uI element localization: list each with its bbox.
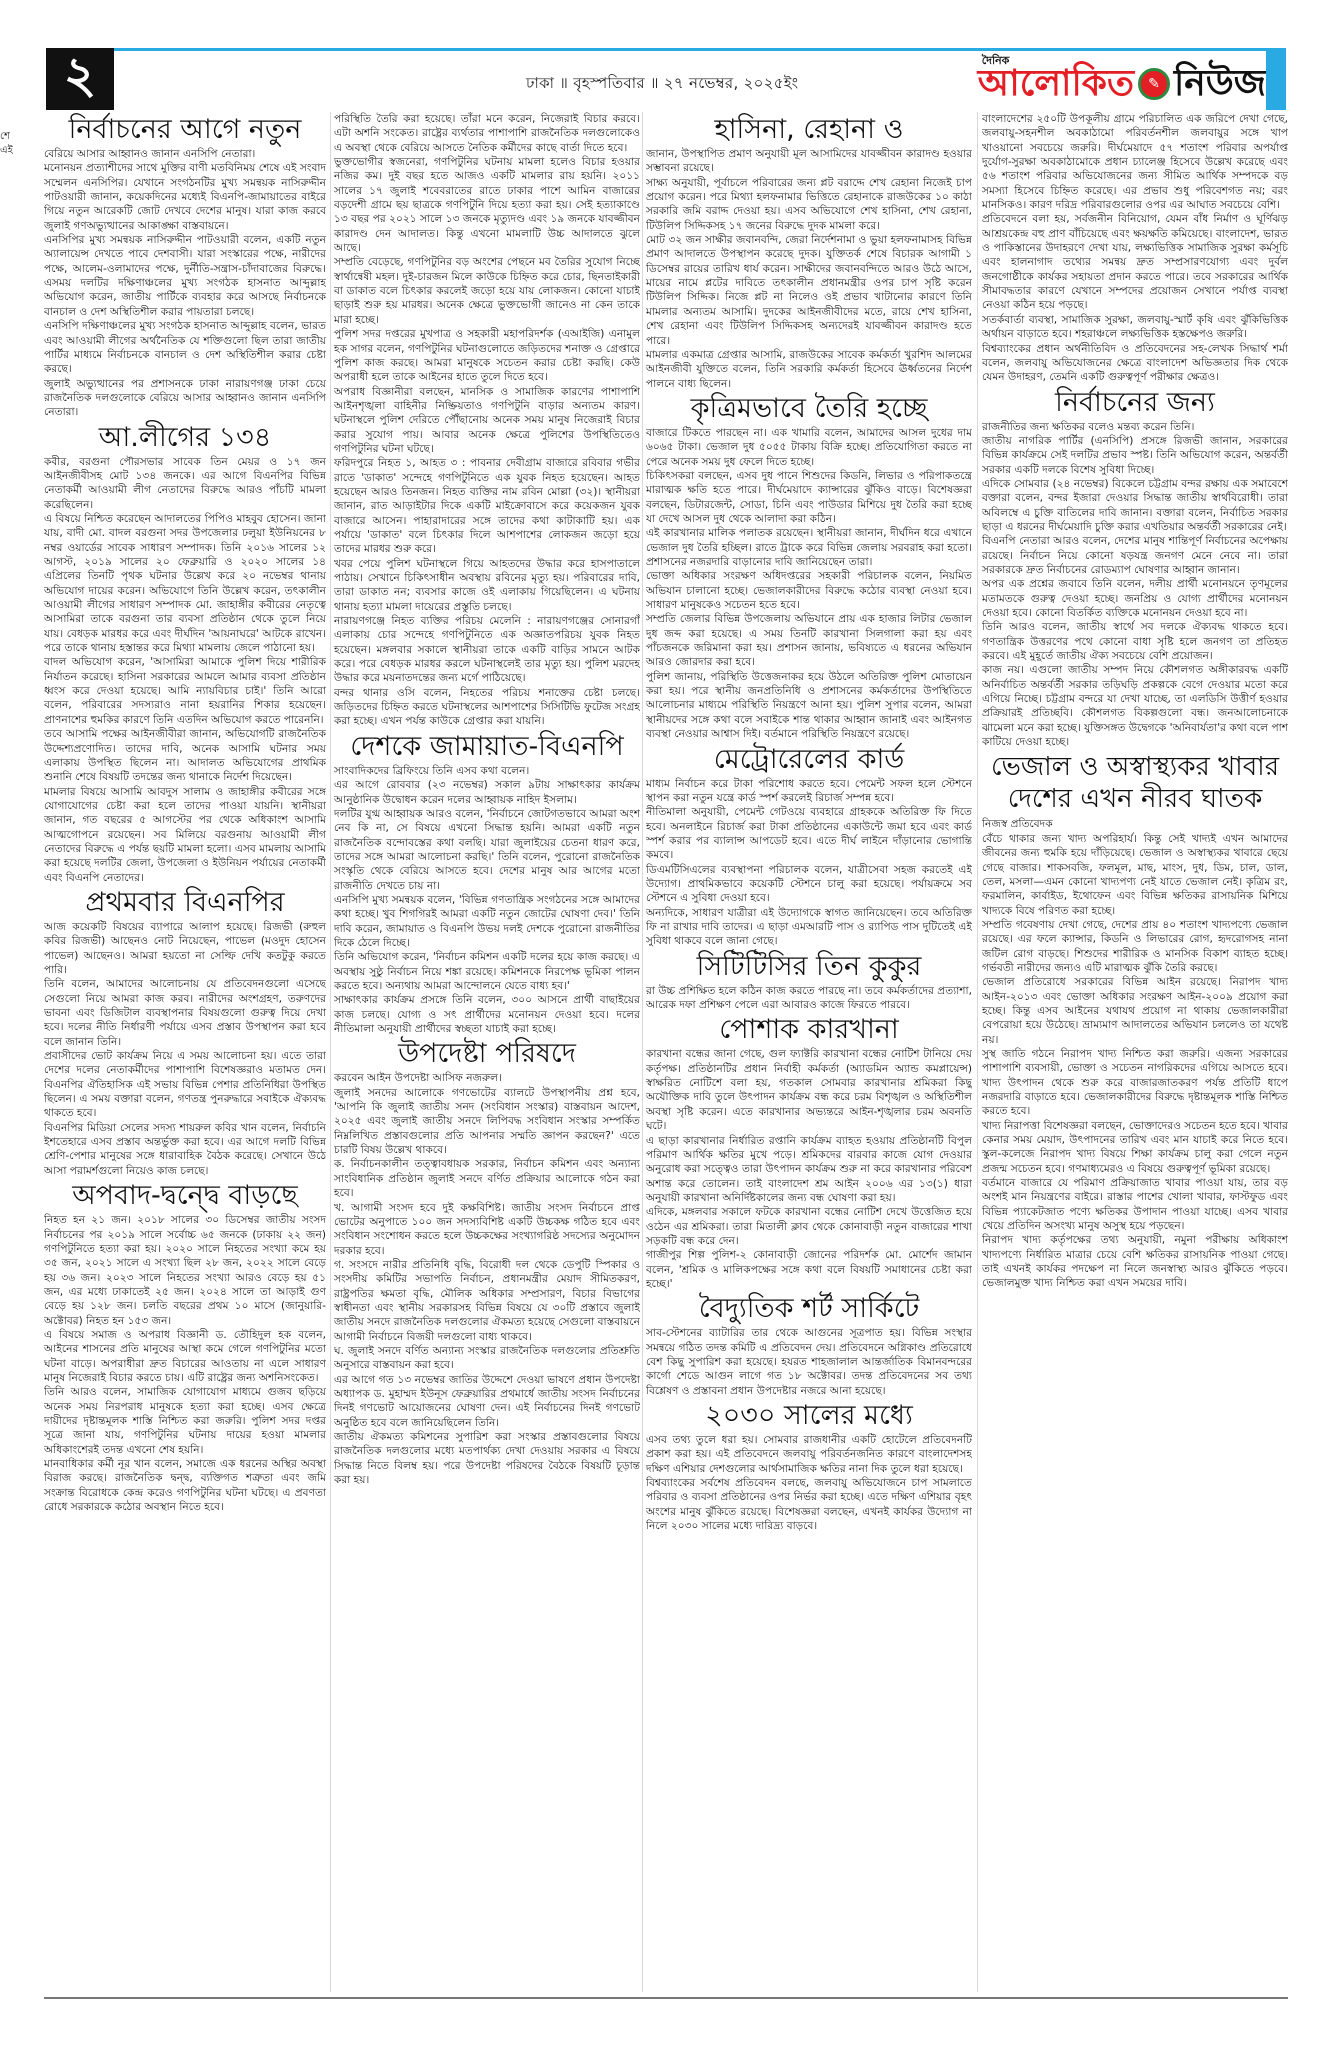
article-paragraph: নিরাপদ খাদ্য কর্তৃপক্ষের তথ্য অনুযায়ী, … bbox=[982, 1233, 1288, 1290]
article-paragraph: সাক্ষাৎকার কার্যক্রম প্রসঙ্গে তিনি বলেন,… bbox=[334, 993, 640, 1036]
article-paragraph: বেঁচে থাকার জন্য খাদ্য অপরিহার্য। কিন্তু… bbox=[982, 832, 1288, 918]
article-paragraph: মানবাধিকার কর্মী নূর খান বলেন, সমাজে এক … bbox=[44, 1457, 326, 1514]
article-paragraph: সম্প্রতি গবেষণায় দেখা গেছে, দেশের প্রায… bbox=[982, 918, 1288, 975]
article-paragraph: গ. সংসদে নারীর প্রতিনিধি বৃদ্ধি, বিরোধী … bbox=[334, 1258, 640, 1344]
article-paragraph: ডিএমটিসিএলের ব্যবস্থাপনা পরিচালক বলেন, য… bbox=[646, 863, 972, 906]
article-paragraph: এ বিষয়ে সমাজ ও অপরাধ বিজ্ঞানী ড. তৌহিদু… bbox=[44, 1328, 326, 1385]
article-paragraph: বাজারে টিকতে পারছেন না। এক খামারি বলেন, … bbox=[646, 426, 972, 469]
logo-emblem-icon: ✎ bbox=[1138, 68, 1170, 100]
column-divider bbox=[977, 112, 978, 1992]
article-paragraph: খ. আগামী সংসদ হবে দুই কক্ষবিশিষ্ট। জাতীয… bbox=[334, 1201, 640, 1258]
article-paragraph: বিএনপির মিডিয়া সেলের সদস্য শায়রুল কবির… bbox=[44, 1121, 326, 1178]
article-paragraph: মাধ্যম নির্বাচন করে টাকা পরিশোধ করতে হবে… bbox=[646, 777, 972, 806]
article-paragraph: গাজীপুর শিল্প পুলিশ-২ কোনাবাড়ী জোনের পর… bbox=[646, 1248, 972, 1291]
edge-text: এই bbox=[0, 144, 24, 158]
logo-prefix: দৈনিক bbox=[982, 52, 1010, 71]
article-paragraph: মামলার বিষয়ে আসামি আবদুস সালাম ও জাহাঙ্… bbox=[44, 785, 326, 885]
article-paragraph: ভোক্তা অধিকার সংরক্ষণ অধিদপ্তরের সহকারী … bbox=[646, 569, 972, 612]
article-byline: নিজস্ব প্রতিবেদক bbox=[982, 817, 1288, 831]
article-paragraph: এই কারখানার মালিক পলাতক রয়েছেন। স্থানীয… bbox=[646, 526, 972, 569]
article-paragraph: মামলার একমাত্র গ্রেপ্তার আসামি, রাজউকের … bbox=[646, 348, 972, 391]
dateline: ঢাকা ॥ বৃহস্পতিবার ॥ ২৭ নভেম্বর, ২০২৫ইং bbox=[526, 72, 798, 97]
article-headline: উপদেষ্টা পরিষদে bbox=[334, 1038, 640, 1069]
article-paragraph: আজ কয়েকটি বিষয়ের ব্যাপারে আলাপ হয়েছে।… bbox=[44, 920, 326, 977]
article-paragraph: রা উচ্চ প্রশিক্ষিত হলে কঠিন কাজ করতে পার… bbox=[646, 984, 972, 1013]
article-paragraph: সতর্কবার্তা ব্যবস্থা, সামাজিক সুরক্ষা, জ… bbox=[982, 313, 1288, 342]
article-headline: আ.লীগের ১৩৪ bbox=[44, 422, 326, 453]
article-paragraph: নীতিমালা অনুযায়ী, পেমেন্ট গেটওয়ে ব্যবহ… bbox=[646, 805, 972, 862]
article-paragraph: বিশ্বব্যাংকের সর্বশেষ প্রতিবেদন বলছে, জল… bbox=[646, 1476, 972, 1533]
article-headline: পোশাক কারখানা bbox=[646, 1014, 972, 1045]
article-paragraph: তিনি অভিযোগ করেন, 'নির্বাচন কমিশন একটি দ… bbox=[334, 950, 640, 993]
article-paragraph: কাজ নয়। এগুলো জাতীয় সম্পদ নিয়ে কৌশলগত… bbox=[982, 663, 1288, 749]
article-paragraph: বাদল অভিযোগ করেন, 'আসামিরা আমাকে পুলিশ দ… bbox=[44, 655, 326, 727]
article-paragraph: তবে আসামি পক্ষের আইনজীবীরা জানান, অভিযোগ… bbox=[44, 727, 326, 784]
column-1: নির্বাচনের আগে নতুনবেরিয়ে আসার আহ্বানও … bbox=[44, 112, 326, 1992]
page-number: ২ bbox=[46, 48, 114, 110]
article-paragraph: কবীর, বরগুনা পৌরসভার সাবেক তিন মেয়র ও ১… bbox=[44, 455, 326, 512]
article-headline: বৈদ্যুতিক শর্ট সার্কিটে bbox=[646, 1293, 972, 1324]
article-paragraph: তিনি আরও বলেন, জাতীয় স্বার্থে সব দলকে ঐ… bbox=[982, 620, 1288, 663]
article-paragraph: তিনি আরও বলেন, সামাজিক যোগাযোগ মাধ্যমে গ… bbox=[44, 1385, 326, 1457]
article-paragraph: মনোনয়ন প্রত্যাশীদের সাথে মুক্তির বাণী ম… bbox=[44, 161, 326, 233]
article-paragraph: এদিকে, মঙ্গলবার সকালে ফটকে কারখানা বন্ধে… bbox=[646, 1205, 972, 1248]
article-paragraph: বন্দর থানার ওসি বলেন, নিহতের পরিচয় শনাক… bbox=[334, 686, 640, 729]
article-paragraph: অপরাধ বিজ্ঞানীরা বলছেন, মানসিক ও সামাজিক… bbox=[334, 385, 640, 457]
article-paragraph: বিশ্বব্যাংকের প্রধান অর্থনীতিবিদ ও প্রতি… bbox=[982, 342, 1288, 385]
article-paragraph: বিএনপি নেতারা আরও বলেন, দেশের মানুষ শান্… bbox=[982, 534, 1288, 577]
newspaper-page: ২ ঢাকা ॥ বৃহস্পতিবার ॥ ২৭ নভেম্বর, ২০২৫ই… bbox=[0, 0, 1333, 2047]
article-paragraph: জাতীয় ঐকমত্য কমিশনের সুপারিশ করা সংস্কা… bbox=[334, 1430, 640, 1487]
article-paragraph: তিনি বলেন, আমাদের আলোচনায় যে প্রতিবেদনগ… bbox=[44, 977, 326, 1049]
article-paragraph: এ বিষয়ে নিশ্চিত করেছেন আদালতের পিপিও মা… bbox=[44, 512, 326, 655]
article-paragraph: পুলিশ সদর দপ্তরের মুখপাত্র ও সহকারী মহাপ… bbox=[334, 327, 640, 384]
article-paragraph: বাংলাদেশের ২৫০টি উপকূলীয় গ্রামে পরিচালি… bbox=[982, 112, 1288, 212]
article-paragraph: ভেজাল প্রতিরোধে সরকারের বিভিন্ন আইন রয়ে… bbox=[982, 975, 1288, 1047]
article-headline: হাসিনা, রেহানা ও bbox=[646, 114, 972, 145]
adjacent-page-edge: শে এই bbox=[0, 130, 24, 158]
logo-black-text: নিউজ bbox=[1174, 60, 1266, 108]
article-paragraph: এনসিপি দক্ষিণাঞ্চলের মুখ্য সংগঠক হাসনাত … bbox=[44, 319, 326, 376]
article-paragraph: প্রবাসীদের ভোট কার্যক্রম নিয়ে এ সময় আল… bbox=[44, 1049, 326, 1121]
article-paragraph: কারখানা বন্ধের জানা গেছে, গুল ফ্যাক্টরি … bbox=[646, 1047, 972, 1133]
article-paragraph: নারায়ণগঞ্জে নিহত ব্যক্তির পরিচয় মেলেনি… bbox=[334, 614, 640, 686]
article-paragraph: এ ছাড়া কারখানার নির্ধারিত রপ্তানি কার্য… bbox=[646, 1134, 972, 1206]
column-2: পরিস্থিতি তৈরি করা হয়েছে। তাঁরা মনে করে… bbox=[334, 112, 640, 1992]
article-paragraph: অন্যদিকে, সাধারণ যাত্রীরা এই উদ্যোগকে স্… bbox=[646, 906, 972, 949]
article-headline: কৃত্রিমভাবে তৈরি হচ্ছে bbox=[646, 393, 972, 424]
article-paragraph: এসব তথ্য তুলে ধরা হয়। সোমবার রাজধানীর এ… bbox=[646, 1433, 972, 1476]
article-paragraph: বর্তমানে বাজারে যে পরিমাণ প্রক্রিয়াজাত … bbox=[982, 1176, 1288, 1233]
masthead-top-rule bbox=[88, 48, 1286, 51]
column-divider bbox=[330, 112, 331, 1992]
article-paragraph: এর আগে রোববার (২৩ নভেম্বর) সকাল ৯টায় সা… bbox=[334, 778, 640, 807]
article-paragraph: পুলিশ জানায়, পরিস্থিতি উত্তেজনাকর হয়ে … bbox=[646, 670, 972, 742]
column-divider bbox=[642, 112, 643, 1992]
article-headline: দেশকে জামায়াত-বিএনপি bbox=[334, 731, 640, 762]
article-paragraph: জানান, উপস্থাপিত প্রমাণ অনুযায়ী মূল আসা… bbox=[646, 147, 972, 176]
article-paragraph: এদিকে সোমবার (২৪ নভেম্বর) বিকেলে চট্টগ্র… bbox=[982, 477, 1288, 534]
article-paragraph: সম্প্রতি জেলার বিভিন্ন উপজেলায় অভিযানে … bbox=[646, 612, 972, 669]
article-paragraph: প্রতিবেদনে বলা হয়, সর্বজনীন বিনিয়োগ, য… bbox=[982, 212, 1288, 312]
column-3: হাসিনা, রেহানা ওজানান, উপস্থাপিত প্রমাণ … bbox=[646, 112, 972, 1992]
article-paragraph: সাক্ষ্য অনুযায়ী, পূর্বাচলে পরিবারের জন্… bbox=[646, 176, 972, 233]
article-paragraph: এনসিপির মুখ্য সমন্বয়ক নাসিরুদ্দীন পাটওয… bbox=[44, 233, 326, 319]
article-headline: সিটিটিসির তিন কুকুর bbox=[646, 951, 972, 982]
article-headline: নির্বাচনের জন্য bbox=[982, 387, 1288, 418]
article-paragraph: মোট ৩২ জন সাক্ষীর জবানবন্দি, জেরা নির্দে… bbox=[646, 233, 972, 348]
article-paragraph: জুলাই সনদের আলোকে গণভোটের ব্যালটে উপস্থা… bbox=[334, 1086, 640, 1158]
article-paragraph: ক. নির্বাচনকালীন তত্ত্বাবধায়ক সরকার, নি… bbox=[334, 1157, 640, 1200]
article-paragraph: পরিস্থিতি তৈরি করা হয়েছে। তাঁরা মনে করে… bbox=[334, 112, 640, 155]
article-paragraph: চিকিৎসকরা বলছেন, এসব দুধ পানে শিশুদের কি… bbox=[646, 469, 972, 526]
bottom-rule bbox=[44, 1997, 1288, 1999]
article-paragraph: দলটির যুগ্ম আহ্বায়ক আরও বলেন, 'নির্বাচন… bbox=[334, 807, 640, 893]
article-paragraph: জাতীয় নাগরিক পার্টির (এনসিপি) প্রসঙ্গে … bbox=[982, 434, 1288, 477]
article-headline: ভেজাল ও অস্বাস্থ্যকর খাবার দেশের এখন নীর… bbox=[982, 751, 1288, 815]
article-paragraph: নিহত হন ২১ জন। ২০১৮ সালের ৩০ ডিসেম্বর জা… bbox=[44, 1213, 326, 1328]
article-paragraph: অপর এক প্রশ্নের জবাবে তিনি বলেন, দলীয় প… bbox=[982, 577, 1288, 620]
article-headline: ২০৩০ সালের মধ্যে bbox=[646, 1400, 972, 1431]
article-headline: অপবাদ-দ্বন্দ্বে বাড়ছে bbox=[44, 1180, 326, 1211]
newspaper-logo: দৈনিক আলোকিত ✎ নিউজ bbox=[978, 52, 1266, 108]
article-paragraph: খবর পেয়ে পুলিশ ঘটনাস্থলে গিয়ে আহতদের উ… bbox=[334, 557, 640, 614]
article-paragraph: সম্প্রতি বেড়েছে, গণপিটুনির বড় অংশের পে… bbox=[334, 255, 640, 327]
article-paragraph: বেরিয়ে আসার আহ্বানও জানান এনসিপি নেতারা… bbox=[44, 147, 326, 161]
article-paragraph: করবেন আইন উপদেষ্টা আসিফ নজরুল। bbox=[334, 1071, 640, 1085]
article-paragraph: ভুক্তভোগীর স্বজনেরা, গণপিটুনির ঘটনায় মা… bbox=[334, 155, 640, 255]
article-paragraph: এর আগে গত ১৩ নভেম্বর জাতির উদ্দেশে দেওয়… bbox=[334, 1373, 640, 1430]
article-paragraph: এনসিপি মুখ্য সমন্বয়ক বলেন, 'বিভিন্ন গণত… bbox=[334, 893, 640, 950]
article-paragraph: সুস্থ জাতি গঠনে নিরাপদ খাদ্য নিশ্চিত করা… bbox=[982, 1047, 1288, 1119]
masthead-right-bar bbox=[1266, 48, 1286, 110]
masthead: ২ ঢাকা ॥ বৃহস্পতিবার ॥ ২৭ নভেম্বর, ২০২৫ই… bbox=[46, 48, 1286, 110]
article-headline: প্রথমবার বিএনপির bbox=[44, 887, 326, 918]
column-4: বাংলাদেশের ২৫০টি উপকূলীয় গ্রামে পরিচালি… bbox=[982, 112, 1288, 1992]
article-headline: নির্বাচনের আগে নতুন bbox=[44, 114, 326, 145]
article-paragraph: ফরিদপুরে নিহত ১, আহত ৩ : পাবনার দেবীগ্রা… bbox=[334, 456, 640, 556]
article-paragraph: জুলাই অভ্যুত্থানের পর প্রশাসনকে ঢাকা নার… bbox=[44, 377, 326, 420]
article-paragraph: সাব-স্টেশনের ব্যাটারির তার থেকে আগুনের স… bbox=[646, 1326, 972, 1398]
article-paragraph: ঘ. জুলাই সনদে বর্ণিত অন্যান্য সংস্কার রা… bbox=[334, 1344, 640, 1373]
article-paragraph: খাদ্য নিরাপত্তা বিশেষজ্ঞরা বলছেন, ভোক্তা… bbox=[982, 1119, 1288, 1176]
edge-text: শে bbox=[0, 130, 24, 144]
article-paragraph: রাজনীতির জন্য ক্ষতিকর বলেও মন্তব্য করেন … bbox=[982, 420, 1288, 434]
article-paragraph: সাংবাদিকদের ব্রিফিংয়ে তিনি এসব কথা বলেন… bbox=[334, 764, 640, 778]
article-headline: মেট্রোরেলের কার্ড bbox=[646, 744, 972, 775]
